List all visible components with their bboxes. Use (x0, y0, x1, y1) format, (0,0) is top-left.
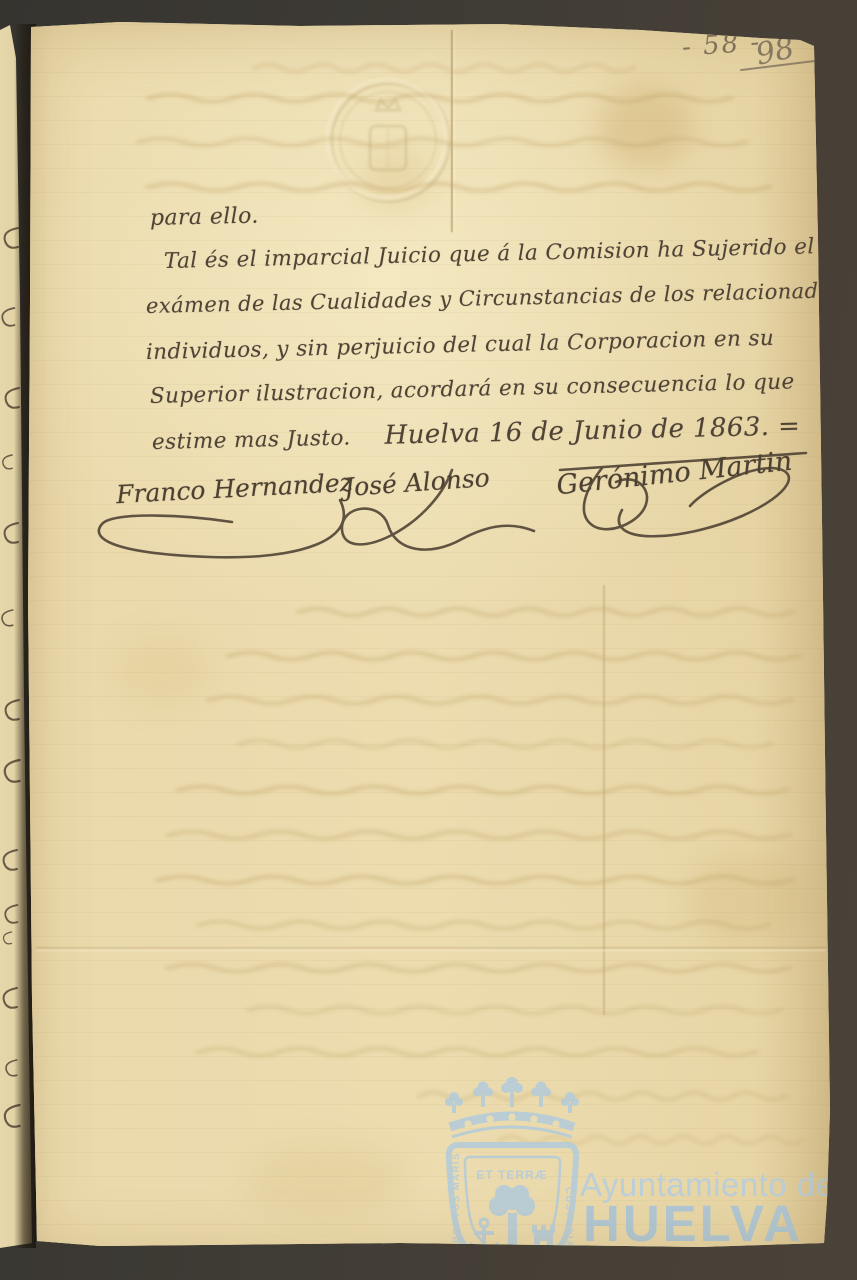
shield-motto-left: PORTUS MARIS (451, 1152, 462, 1243)
watermark-entity-line1: Ayuntamiento de (580, 1166, 835, 1204)
manuscript-body-line: exámen de las Cualidades y Circunstancia… (146, 278, 843, 318)
manuscript-closing-line: estime mas Justo.Huelva 16 de Junio de 1… (152, 411, 801, 456)
manuscript-body-line: Superior ilustracion, acordará en su con… (150, 369, 795, 409)
shield-anchor (470, 1219, 498, 1252)
paper-stain (245, 1145, 405, 1215)
shield-motto-top: ET TERRÆ (476, 1168, 547, 1182)
signature-3: Gerónimo Martin (555, 446, 794, 502)
shield-tower (532, 1225, 555, 1255)
manuscript-body-line: individuos, y sin perjuicio del cual la … (146, 326, 775, 365)
manuscript-page: - 58 - 98 para ello. Tal és el imparcial… (0, 0, 857, 1280)
folio-number-pencil: 98 (753, 30, 798, 72)
horizontal-crease-shadow (36, 947, 826, 949)
shield-tree (489, 1185, 535, 1259)
paper-stain (688, 852, 808, 947)
signature-flourishes (0, 0, 857, 1280)
manuscript-opening-line: para ello. (150, 204, 259, 231)
paper-stain (360, 148, 432, 208)
fold-crease-highlight (453, 30, 455, 232)
embossed-dry-seal (318, 70, 458, 210)
paper-stain (115, 635, 210, 707)
signature-2: José Alonso (343, 463, 490, 502)
watermark-entity-line2: HUELVA (583, 1194, 803, 1253)
closing-words: estime mas Justo. (152, 425, 351, 455)
fold-crease (603, 585, 605, 1015)
horizontal-crease (36, 949, 826, 951)
huelva-coat-of-arms-watermark: ET TERRÆ PORTUS MARIS CUSTODIA (440, 1075, 585, 1280)
archive-scan: - 58 - 98 para ello. Tal és el imparcial… (0, 0, 857, 1280)
signature-1: Franco Hernandez (115, 468, 353, 509)
dateline: Huelva 16 de Junio de 1863. = (384, 411, 800, 450)
bleed-through-ghost-text (0, 0, 857, 1280)
paper-stain (598, 84, 693, 169)
folio-number-ink: - 58 - (681, 27, 762, 62)
fold-crease (451, 30, 453, 232)
shield-motto-right: CUSTODIA (563, 1187, 574, 1248)
folio-underline (740, 59, 824, 71)
manuscript-body-line: Tal és el imparcial Juicio que á la Comi… (164, 234, 815, 274)
